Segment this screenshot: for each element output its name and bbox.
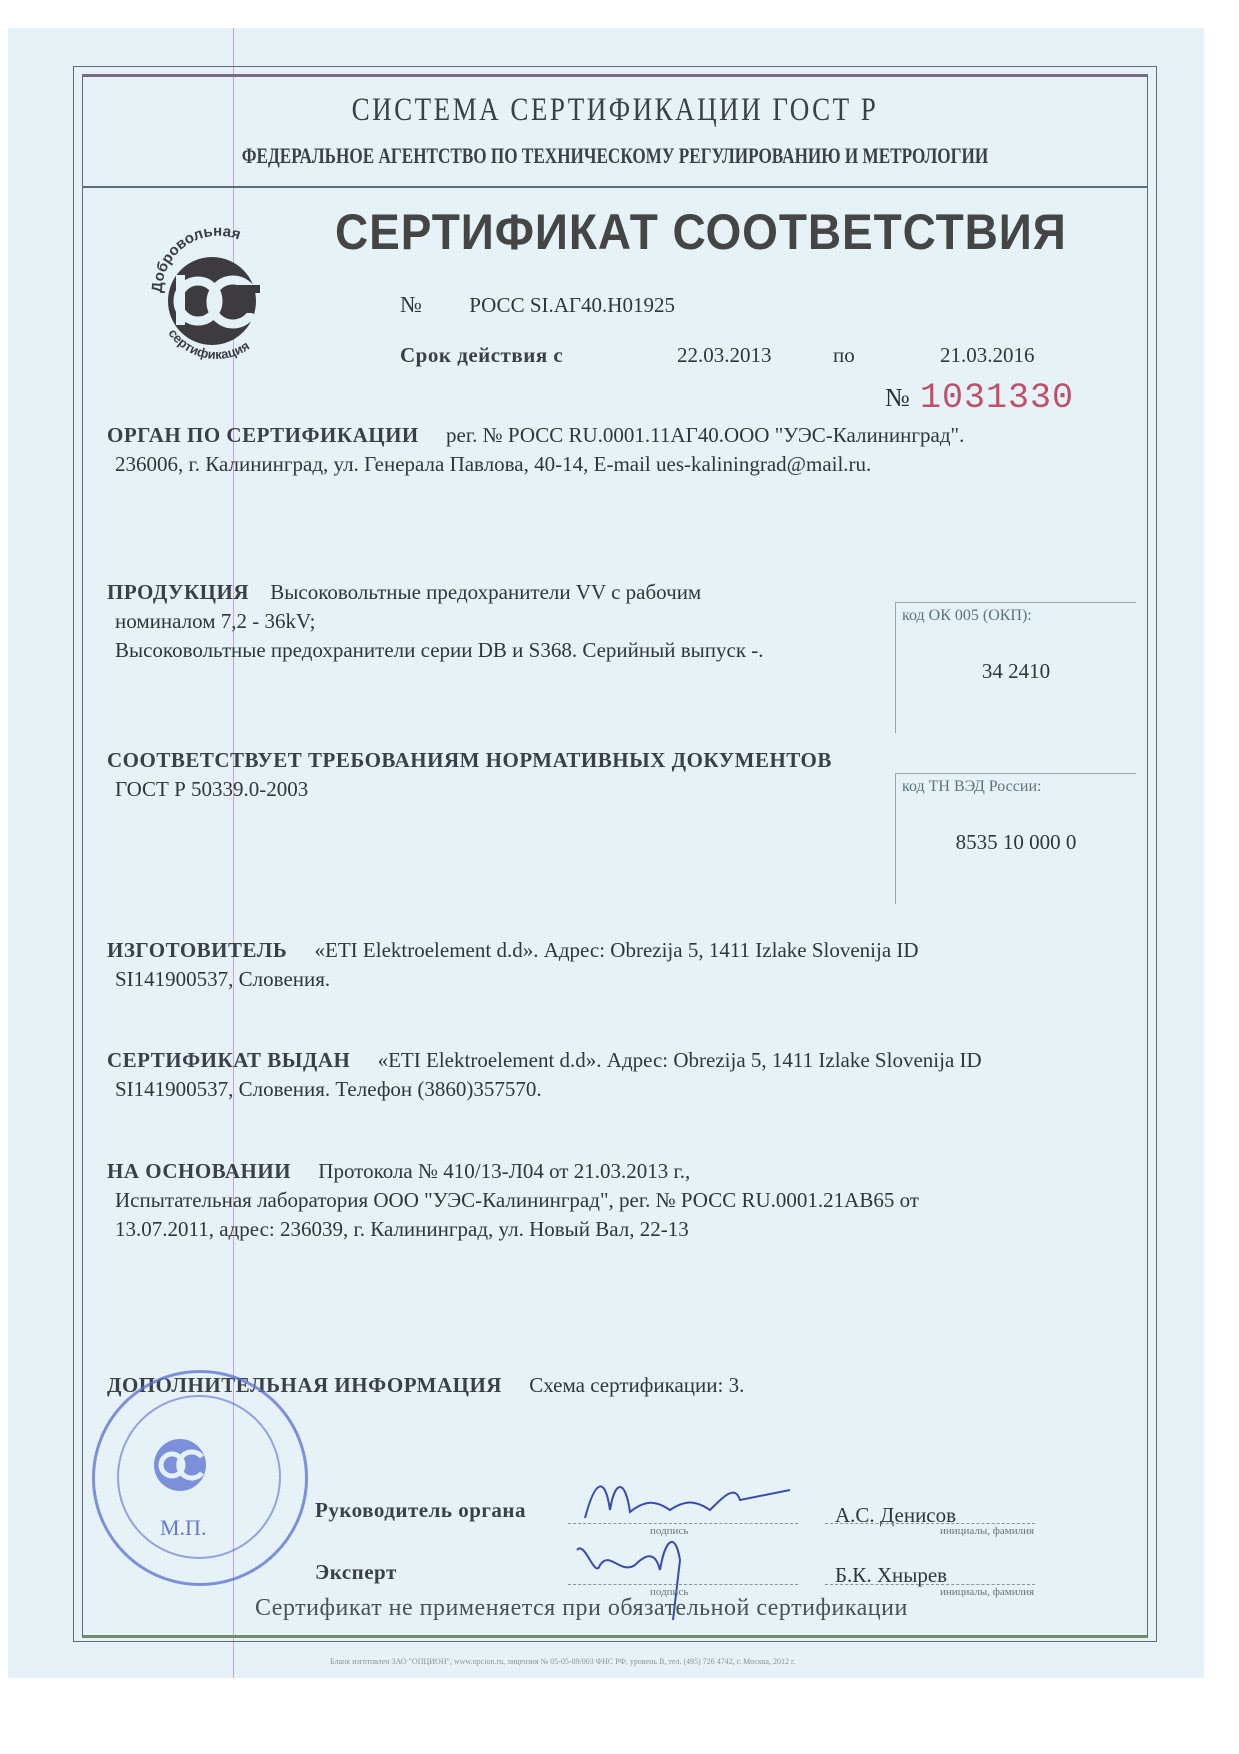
valid-from: 22.03.2013 [677,343,772,368]
tnved-code-box: код ТН ВЭД России: 8535 10 000 0 [895,773,1136,904]
valid-to: 21.03.2016 [940,343,1035,368]
system-title: СИСТЕМА СЕРТИФИКАЦИИ ГОСТ Р [178,92,1052,129]
organ-section: ОРГАН ПО СЕРТИФИКАЦИИ рег. № РОСС RU.000… [107,423,964,448]
footer-note: Сертификат не применяется при обязательн… [255,1595,908,1622]
organ-label: ОРГАН ПО СЕРТИФИКАЦИИ [107,423,419,447]
seal-rst-mark-icon [150,1435,220,1495]
issued-to-line-2: SI141900537, Словения. Телефон (3860)357… [115,1077,542,1102]
organ-line-1: рег. № РОСС RU.0001.11АГ40.ООО "УЭС-Кали… [446,423,964,447]
basis-line-3: 13.07.2011, адрес: 236039, г. Калинингра… [115,1217,689,1242]
head-name: А.С. Денисов [835,1503,956,1528]
header-divider [82,186,1148,188]
validity-row: Срок действия с [400,343,563,368]
number-sign: № [400,292,422,317]
rst-logo-icon: Добровольная сертификация [140,215,290,365]
compliance-label: СООТВЕТСТВУЕТ ТРЕБОВАНИЯМ НОРМАТИВНЫХ ДО… [107,748,832,773]
certificate-title: СЕРТИФИКАТ СООТВЕТСТВИЯ [335,203,1067,261]
manufacturer-section: ИЗГОТОВИТЕЛЬ «ETI Elektroelement d.d». А… [107,938,919,963]
expert-label: Эксперт [315,1560,397,1585]
stamp-label: М.П. [160,1515,206,1541]
form-number: 1031330 [920,378,1074,418]
product-section: ПРОДУКЦИЯ Высоковольтные предохранители … [107,580,701,605]
head-name-line [825,1523,1035,1524]
product-label: ПРОДУКЦИЯ [107,580,249,604]
additional-line-1: Схема сертификации: 3. [529,1373,744,1397]
basis-line-1: Протокола № 410/13-Л04 от 21.03.2013 г., [318,1159,690,1183]
printer-line: Бланк изготовлен ЗАО "ОПЦИОН", www.opcio… [330,1657,795,1666]
form-number-sign: № [885,383,910,413]
head-name-caption: инициалы, фамилия [940,1525,1034,1537]
basis-label: НА ОСНОВАНИИ [107,1159,291,1183]
basis-section: НА ОСНОВАНИИ Протокола № 410/13-Л04 от 2… [107,1159,690,1184]
okp-code-caption: код ОК 005 (ОКП): [902,607,1032,625]
issued-to-label: СЕРТИФИКАТ ВЫДАН [107,1048,350,1072]
tnved-code-value: 8535 10 000 0 [896,830,1136,855]
product-line-1: Высоковольтные предохранители VV с рабоч… [270,580,701,604]
expert-name-caption: инициалы, фамилия [940,1586,1034,1598]
tnved-code-caption: код ТН ВЭД России: [902,778,1041,796]
basis-line-2: Испытательная лаборатория ООО "УЭС-Калин… [115,1188,919,1213]
manufacturer-line-2: SI141900537, Словения. [115,967,330,992]
manufacturer-line-1: «ETI Elektroelement d.d». Адрес: Obrezij… [315,938,919,962]
certificate-number: РОСС SI.АГ40.Н01925 [469,293,675,317]
certificate-number-row: № РОСС SI.АГ40.Н01925 [400,292,675,318]
product-line-3: Высоковольтные предохранители серии DB и… [115,638,764,663]
manufacturer-label: ИЗГОТОВИТЕЛЬ [107,938,287,962]
product-line-2: номиналом 7,2 - 36kV; [115,609,315,634]
compliance-standard: ГОСТ Р 50339.0-2003 [115,777,308,802]
agency-title: ФЕДЕРАЛЬНОЕ АГЕНТСТВО ПО ТЕХНИЧЕСКОМУ РЕ… [199,143,1030,169]
okp-code-value: 34 2410 [896,659,1136,684]
okp-code-box: код ОК 005 (ОКП): 34 2410 [895,602,1136,733]
head-label: Руководитель органа [315,1498,526,1523]
seal-stamp-icon [92,1370,308,1586]
issued-to-section: СЕРТИФИКАТ ВЫДАН «ETI Elektroelement d.d… [107,1048,982,1073]
expert-name-line [825,1584,1035,1585]
valid-to-label: по [833,343,855,368]
validity-label: Срок действия с [400,343,563,367]
issued-to-line-1: «ETI Elektroelement d.d». Адрес: Obrezij… [378,1048,982,1072]
expert-signature-line [568,1584,798,1585]
organ-line-2: 236006, г. Калининград, ул. Генерала Пав… [115,452,871,477]
